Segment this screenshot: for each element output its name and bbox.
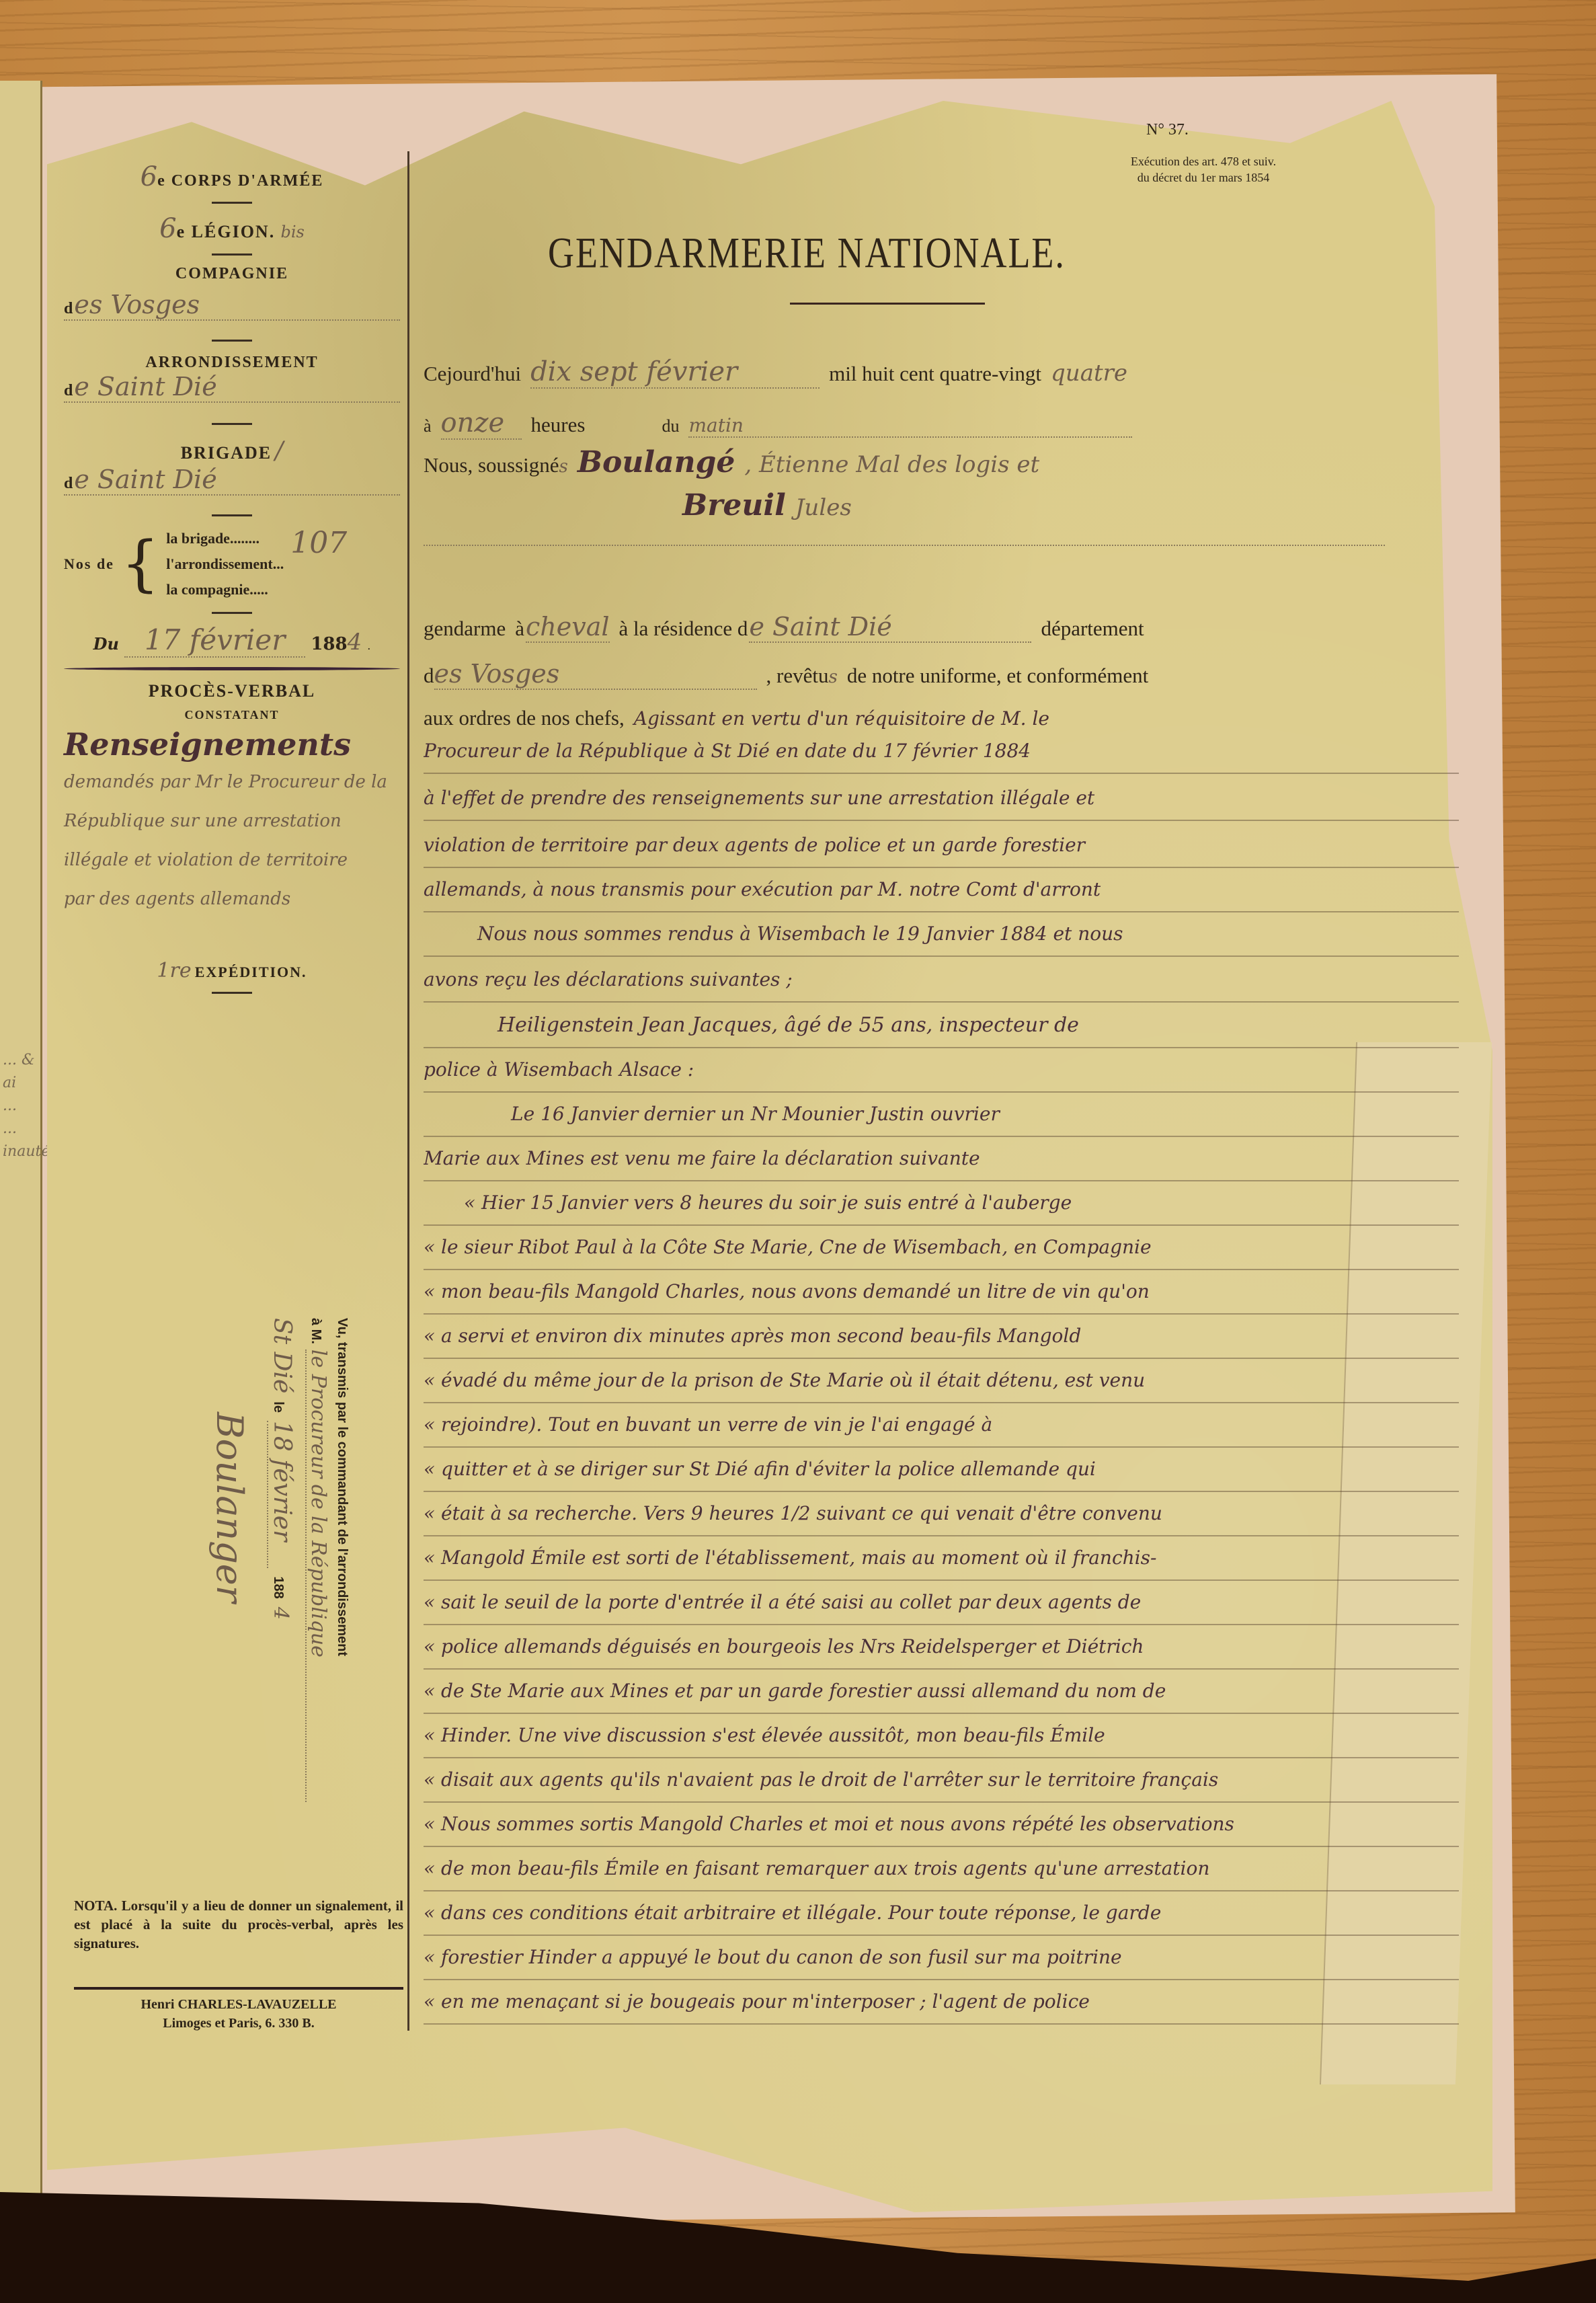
separator [212, 514, 252, 516]
subject-description: demandés par Mr le Procureur de la Répub… [64, 763, 400, 919]
quote-line: « était à sa recherche. Vers 9 heures 1/… [424, 1492, 1459, 1536]
narrative-line: avons reçu les déclarations suivantes ; [424, 958, 1459, 1003]
quote-line: « disait aux agents qu'ils n'avaient pas… [424, 1758, 1459, 1803]
pv-subtitle: CONSTATANT [64, 708, 400, 722]
form-number: N° 37. [1146, 121, 1189, 139]
separator [212, 423, 252, 425]
residence-line: gendarme à cheval à la résidence d e Sai… [424, 612, 1459, 643]
separator [212, 612, 252, 614]
narrative-line: police à Wisembach Alsace : [424, 1048, 1459, 1093]
quote-line: « forestier Hinder a appuyé le bout du c… [424, 1936, 1459, 1980]
brigade-field: d e Saint Dié [64, 465, 400, 496]
commander-signature: Boulanger [208, 1412, 251, 1802]
ornamental-rule [64, 667, 400, 670]
blank-line [424, 545, 1385, 546]
quote-line: « rejoindre). Tout en buvant un verre de… [424, 1403, 1459, 1448]
narrative-line: Le 16 Janvier dernier un Nr Mounier Just… [424, 1093, 1459, 1137]
execution-note: Exécution des art. 478 et suiv. du décre… [1055, 153, 1351, 186]
brigade-number: 107 [290, 526, 347, 560]
quote-line: « Hinder. Une vive discussion s'est élev… [424, 1714, 1459, 1758]
pv-title: PROCÈS-VERBAL [64, 681, 400, 701]
column-divider [407, 151, 409, 2031]
quote-line: « Mangold Émile est sorti de l'établisse… [424, 1536, 1459, 1581]
orders-line: aux ordres de nos chefs, Agissant en ver… [424, 706, 1459, 730]
quote-line: « mon beau-fils Mangold Charles, nous av… [424, 1270, 1459, 1315]
quote-line: « sait le seuil de la porte d'entrée il … [424, 1581, 1459, 1625]
expedition: 1re EXPÉDITION. [64, 959, 400, 982]
quote-line: « Hier 15 Janvier vers 8 heures du soir … [424, 1181, 1459, 1226]
printer-imprint: Henri CHARLES-LAVAUZELLE Limoges et Pari… [74, 1987, 403, 2033]
quote-line: « de Ste Marie aux Mines et par un garde… [424, 1670, 1459, 1714]
quote-line: « a servi et environ dix minutes après m… [424, 1315, 1459, 1359]
separator [212, 340, 252, 342]
narrative-line: allemands, à nous transmis pour exécutio… [424, 868, 1459, 912]
narrative-line: à l'effet de prendre des renseignements … [424, 777, 1459, 821]
brigade-label: BRIGADE / [64, 437, 400, 465]
left-page-margin-notes: ... & ai ... ... inauté [3, 1049, 40, 1163]
quote-line: « police allemands déguisés en bourgeois… [424, 1625, 1459, 1670]
quote-line: « Nous sommes sortis Mangold Charles et … [424, 1803, 1459, 1847]
corps-darmee: 6e CORPS D'ARMÉE [64, 161, 400, 192]
arrondissement-label: ARRONDISSEMENT [64, 354, 400, 372]
quote-line: « en me menaçant si je bougeais pour m'i… [424, 1980, 1459, 2025]
department-line: d es Vosges , revêtus de notre uniforme,… [424, 659, 1459, 690]
legion: 6e LÉGION. bis [64, 213, 400, 244]
left-facing-page: ... & ai ... ... inauté [0, 81, 42, 2206]
title-rule [790, 303, 985, 305]
narrative-line: Procureur de la République à St Dié en d… [424, 730, 1459, 774]
quote-line: « le sieur Ribot Paul à la Côte Ste Mari… [424, 1226, 1459, 1270]
compagnie-field: d es Vosges [64, 290, 400, 321]
nota-footnote: NOTA. Lorsqu'il y a lieu de donner un si… [74, 1896, 403, 1953]
transmission-block: Vu, transmis par le commandant de l'arro… [208, 1318, 350, 1802]
page-title: GENDARMERIE NATIONALE. [548, 228, 1066, 278]
date-line: Cejourd'hui dix sept février mil huit ce… [424, 356, 1459, 389]
compagnie-label: COMPAGNIE [64, 265, 400, 283]
narrative-line: violation de territoire par deux agents … [424, 824, 1459, 868]
quote-line: « évadé du même jour de la prison de Ste… [424, 1359, 1459, 1403]
witness-name-line: Heiligenstein Jean Jacques, âgé de 55 an… [424, 1004, 1459, 1048]
separator [212, 253, 252, 256]
date-field: Du 17 février 1884. [64, 623, 400, 658]
narrative-line: Nous nous sommes rendus à Wisembach le 1… [424, 912, 1459, 957]
hour-line: à onze heures du matin [424, 407, 1459, 440]
subject-heading: Renseignements [64, 726, 400, 763]
signer2-line: Breuil Jules [682, 488, 1596, 522]
numbers-block: Nos de { la brigade........ l'arrondisse… [64, 526, 400, 602]
brace-icon: { [121, 534, 159, 594]
quote-line: « dans ces conditions était arbitraire e… [424, 1891, 1459, 1936]
quote-line: « de mon beau-fils Émile en faisant rema… [424, 1847, 1459, 1891]
separator [212, 202, 252, 204]
narrative-line: Marie aux Mines est venu me faire la déc… [424, 1137, 1459, 1181]
left-column: 6e CORPS D'ARMÉE 6e LÉGION. bis COMPAGNI… [64, 161, 400, 1003]
signers-line: Nous, soussignés Boulangé , Étienne Mal … [424, 445, 1459, 479]
quote-line: « quitter et à se diriger sur St Dié afi… [424, 1448, 1459, 1492]
arrondissement-field: d e Saint Dié [64, 372, 400, 403]
separator [212, 992, 252, 994]
